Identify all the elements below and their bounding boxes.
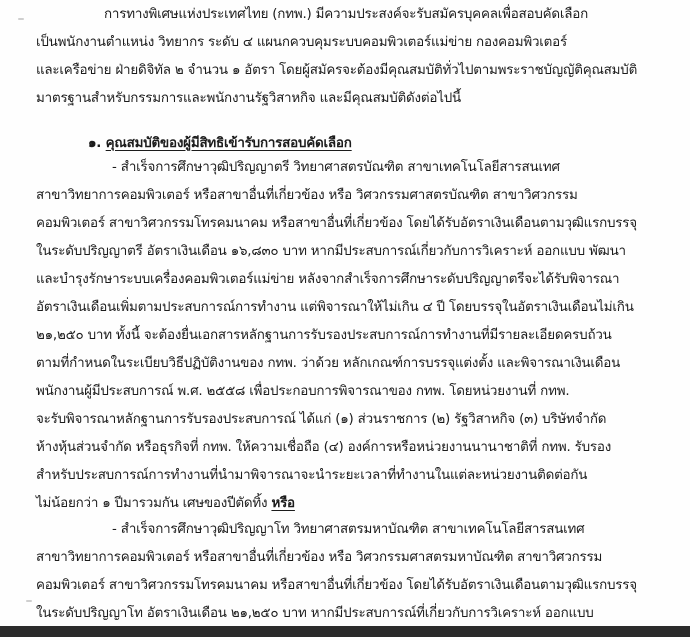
intro-line-4: มาตรฐานสำหรับกรรมการและพนักงานรัฐวิสาหกิ…: [36, 89, 461, 109]
scan-artifact: [18, 18, 24, 20]
bottom-bar: [0, 626, 690, 637]
bachelor-line-12: สำหรับประสบการณ์การทำงานที่นำมาพิจารณาจะ…: [36, 466, 587, 486]
bachelor-line-11: ห้างหุ้นส่วนจำกัด หรือธุรกิจที่ กทพ. ให้…: [36, 438, 611, 458]
bachelor-line-5: และบำรุงรักษาระบบเครื่องคอมพิวเตอร์แม่ข่…: [36, 270, 619, 290]
bachelor-line-7: ๒๑,๒๕๐ บาท ทั้งนี้ จะต้องยื่นเอกสารหลักฐ…: [36, 326, 612, 346]
section-number: ๑.: [88, 136, 101, 151]
bachelor-line-3: คอมพิวเตอร์ สาขาวิศวกรรมโทรคมนาคม หรือสา…: [36, 214, 637, 234]
bachelor-line-4: ในระดับปริญญาตรี อัตราเงินเดือน ๑๖,๘๓๐ บ…: [36, 242, 626, 262]
section-title: คุณสมบัติของผู้มีสิทธิเข้ารับการสอบคัดเล…: [106, 136, 352, 151]
master-line-1: - สำเร็จการศึกษาวุฒิปริญญาโท วิทยาศาสตรม…: [112, 520, 584, 540]
bachelor-line-9: พนักงานผู้มีประสบการณ์ พ.ศ. ๒๕๕๘ เพื่อปร…: [36, 382, 569, 402]
document-page: การทางพิเศษแห่งประเทศไทย (กทพ.) มีความปร…: [0, 0, 690, 626]
bachelor-line-13: ไม่น้อยกว่า ๑ ปีมารวมกัน เศษของปีตัดทิ้ง…: [36, 494, 295, 514]
master-line-2: สาขาวิทยาการคอมพิวเตอร์ หรือสาขาอื่นที่เ…: [36, 548, 602, 568]
bachelor-line-1: - สำเร็จการศึกษาวุฒิปริญญาตรี วิทยาศาสตร…: [112, 158, 560, 178]
scan-artifact: [26, 600, 32, 602]
bachelor-last-text: ไม่น้อยกว่า ๑ ปีมารวมกัน เศษของปีตัดทิ้ง: [36, 496, 267, 511]
bachelor-line-8: ตามที่กำหนดในระเบียบวิธีปฏิบัติงานของ กท…: [36, 354, 620, 374]
bachelor-line-10: จะรับพิจารณาหลักฐานการรับรองประสบการณ์ ไ…: [36, 410, 606, 430]
master-line-3: คอมพิวเตอร์ สาขาวิศวกรรมโทรคมนาคม หรือสา…: [36, 576, 637, 596]
bachelor-line-2: สาขาวิทยาการคอมพิวเตอร์ หรือสาขาอื่นที่เ…: [36, 186, 578, 206]
master-line-4: ในระดับปริญญาโท อัตราเงินเดือน ๒๑,๒๕๐ บา…: [36, 604, 594, 624]
or-label: หรือ: [271, 496, 294, 511]
intro-line-3: และเครือข่าย ฝ่ายดิจิทัล ๒ จำนวน ๑ อัตรา…: [36, 61, 637, 81]
section-heading: ๑. คุณสมบัติของผู้มีสิทธิเข้ารับการสอบคั…: [88, 134, 352, 154]
bachelor-line-6: อัตราเงินเดือนเพิ่มตามประสบการณ์การทำงาน…: [36, 298, 634, 318]
intro-line-1: การทางพิเศษแห่งประเทศไทย (กทพ.) มีความปร…: [104, 5, 588, 25]
intro-line-2: เป็นพนักงานตำแหน่ง วิทยากร ระดับ ๔ แผนกค…: [36, 33, 567, 53]
